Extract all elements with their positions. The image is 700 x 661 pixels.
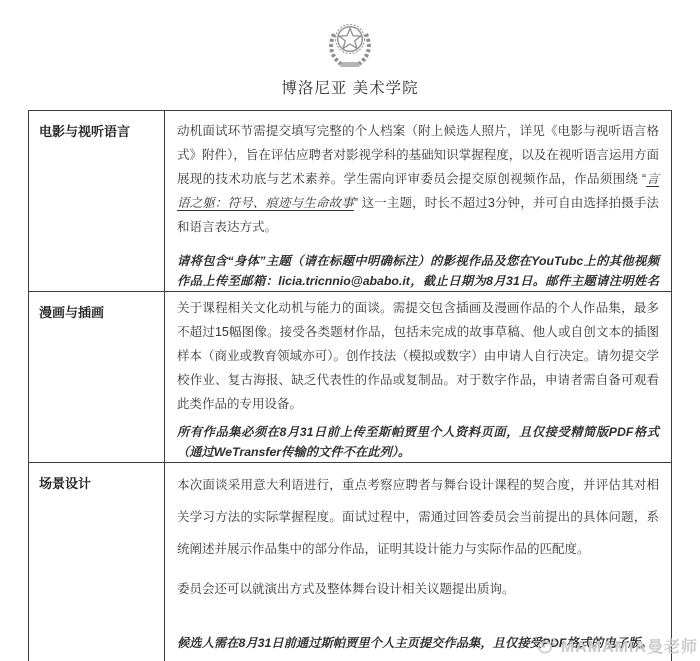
film-cell-content: 动机面试环节需提交填写完整的个人档案（附上候选人照片，详见《电影与视听语言格式》…	[165, 111, 671, 291]
comics-description: 关于课程相关文化动机与能力的面谈。需提交包含插画及漫画作品的个人作品集，最多不超…	[177, 296, 659, 416]
comics-submission-note: 所有作品集必须在8月31日前上传至斯帕贾里个人资料页面，且仅接受精简版PDF格式…	[177, 422, 659, 462]
watermark: MAMAMIA曼老师	[537, 634, 698, 657]
scenography-cell-content: 本次面谈采用意大利语进行，重点考察应聘者与舞台设计课程的契合度，并评估其对相关学…	[165, 463, 671, 661]
film-description: 动机面试环节需提交填写完整的个人档案（附上候选人照片，详见《电影与视听语言格式》…	[177, 119, 659, 239]
italy-emblem-icon	[326, 18, 374, 70]
scenography-description: 本次面谈采用意大利语进行，重点考察应聘者与舞台设计课程的契合度，并评估其对相关学…	[177, 469, 659, 565]
row-header-film: 电影与视听语言	[39, 124, 130, 139]
table-row-scenography: 场景设计 本次面谈采用意大利语进行，重点考察应聘者与舞台设计课程的契合度，并评估…	[29, 463, 672, 661]
comics-cell-content: 关于课程相关文化动机与能力的面谈。需提交包含插画及漫画作品的个人作品集，最多不超…	[165, 292, 671, 462]
row-header-comics: 漫画与插画	[39, 305, 104, 320]
row-header-scenography: 场景设计	[39, 476, 91, 491]
requirements-table: 电影与视听语言 动机面试环节需提交填写完整的个人档案（附上候选人照片，详见《电影…	[28, 110, 672, 661]
page-title: 博洛尼亚 美术学院	[0, 78, 700, 100]
table-row-film: 电影与视听语言 动机面试环节需提交填写完整的个人档案（附上候选人照片，详见《电影…	[29, 111, 672, 292]
weibo-eye-icon	[537, 637, 558, 654]
scenography-committee-note: 委员会还可以就演出方式及整体舞台设计相关议题提出质询。	[177, 573, 659, 605]
film-description-text: 动机面试环节需提交填写完整的个人档案（附上候选人照片，详见《电影与视听语言格式》…	[177, 124, 659, 186]
table-row-comics: 漫画与插画 关于课程相关文化动机与能力的面谈。需提交包含插画及漫画作品的个人作品…	[29, 292, 672, 463]
film-submission-note: 请将包含“身体”主题（请在标题中明确标注）的影视作品及您在YouTubc上的其他…	[177, 251, 659, 291]
watermark-text: MAMAMIA曼老师	[561, 634, 698, 657]
document-page: 博洛尼亚 美术学院 电影与视听语言 动机面试环节需提交填写完整的个人档案（附上候…	[0, 0, 700, 661]
